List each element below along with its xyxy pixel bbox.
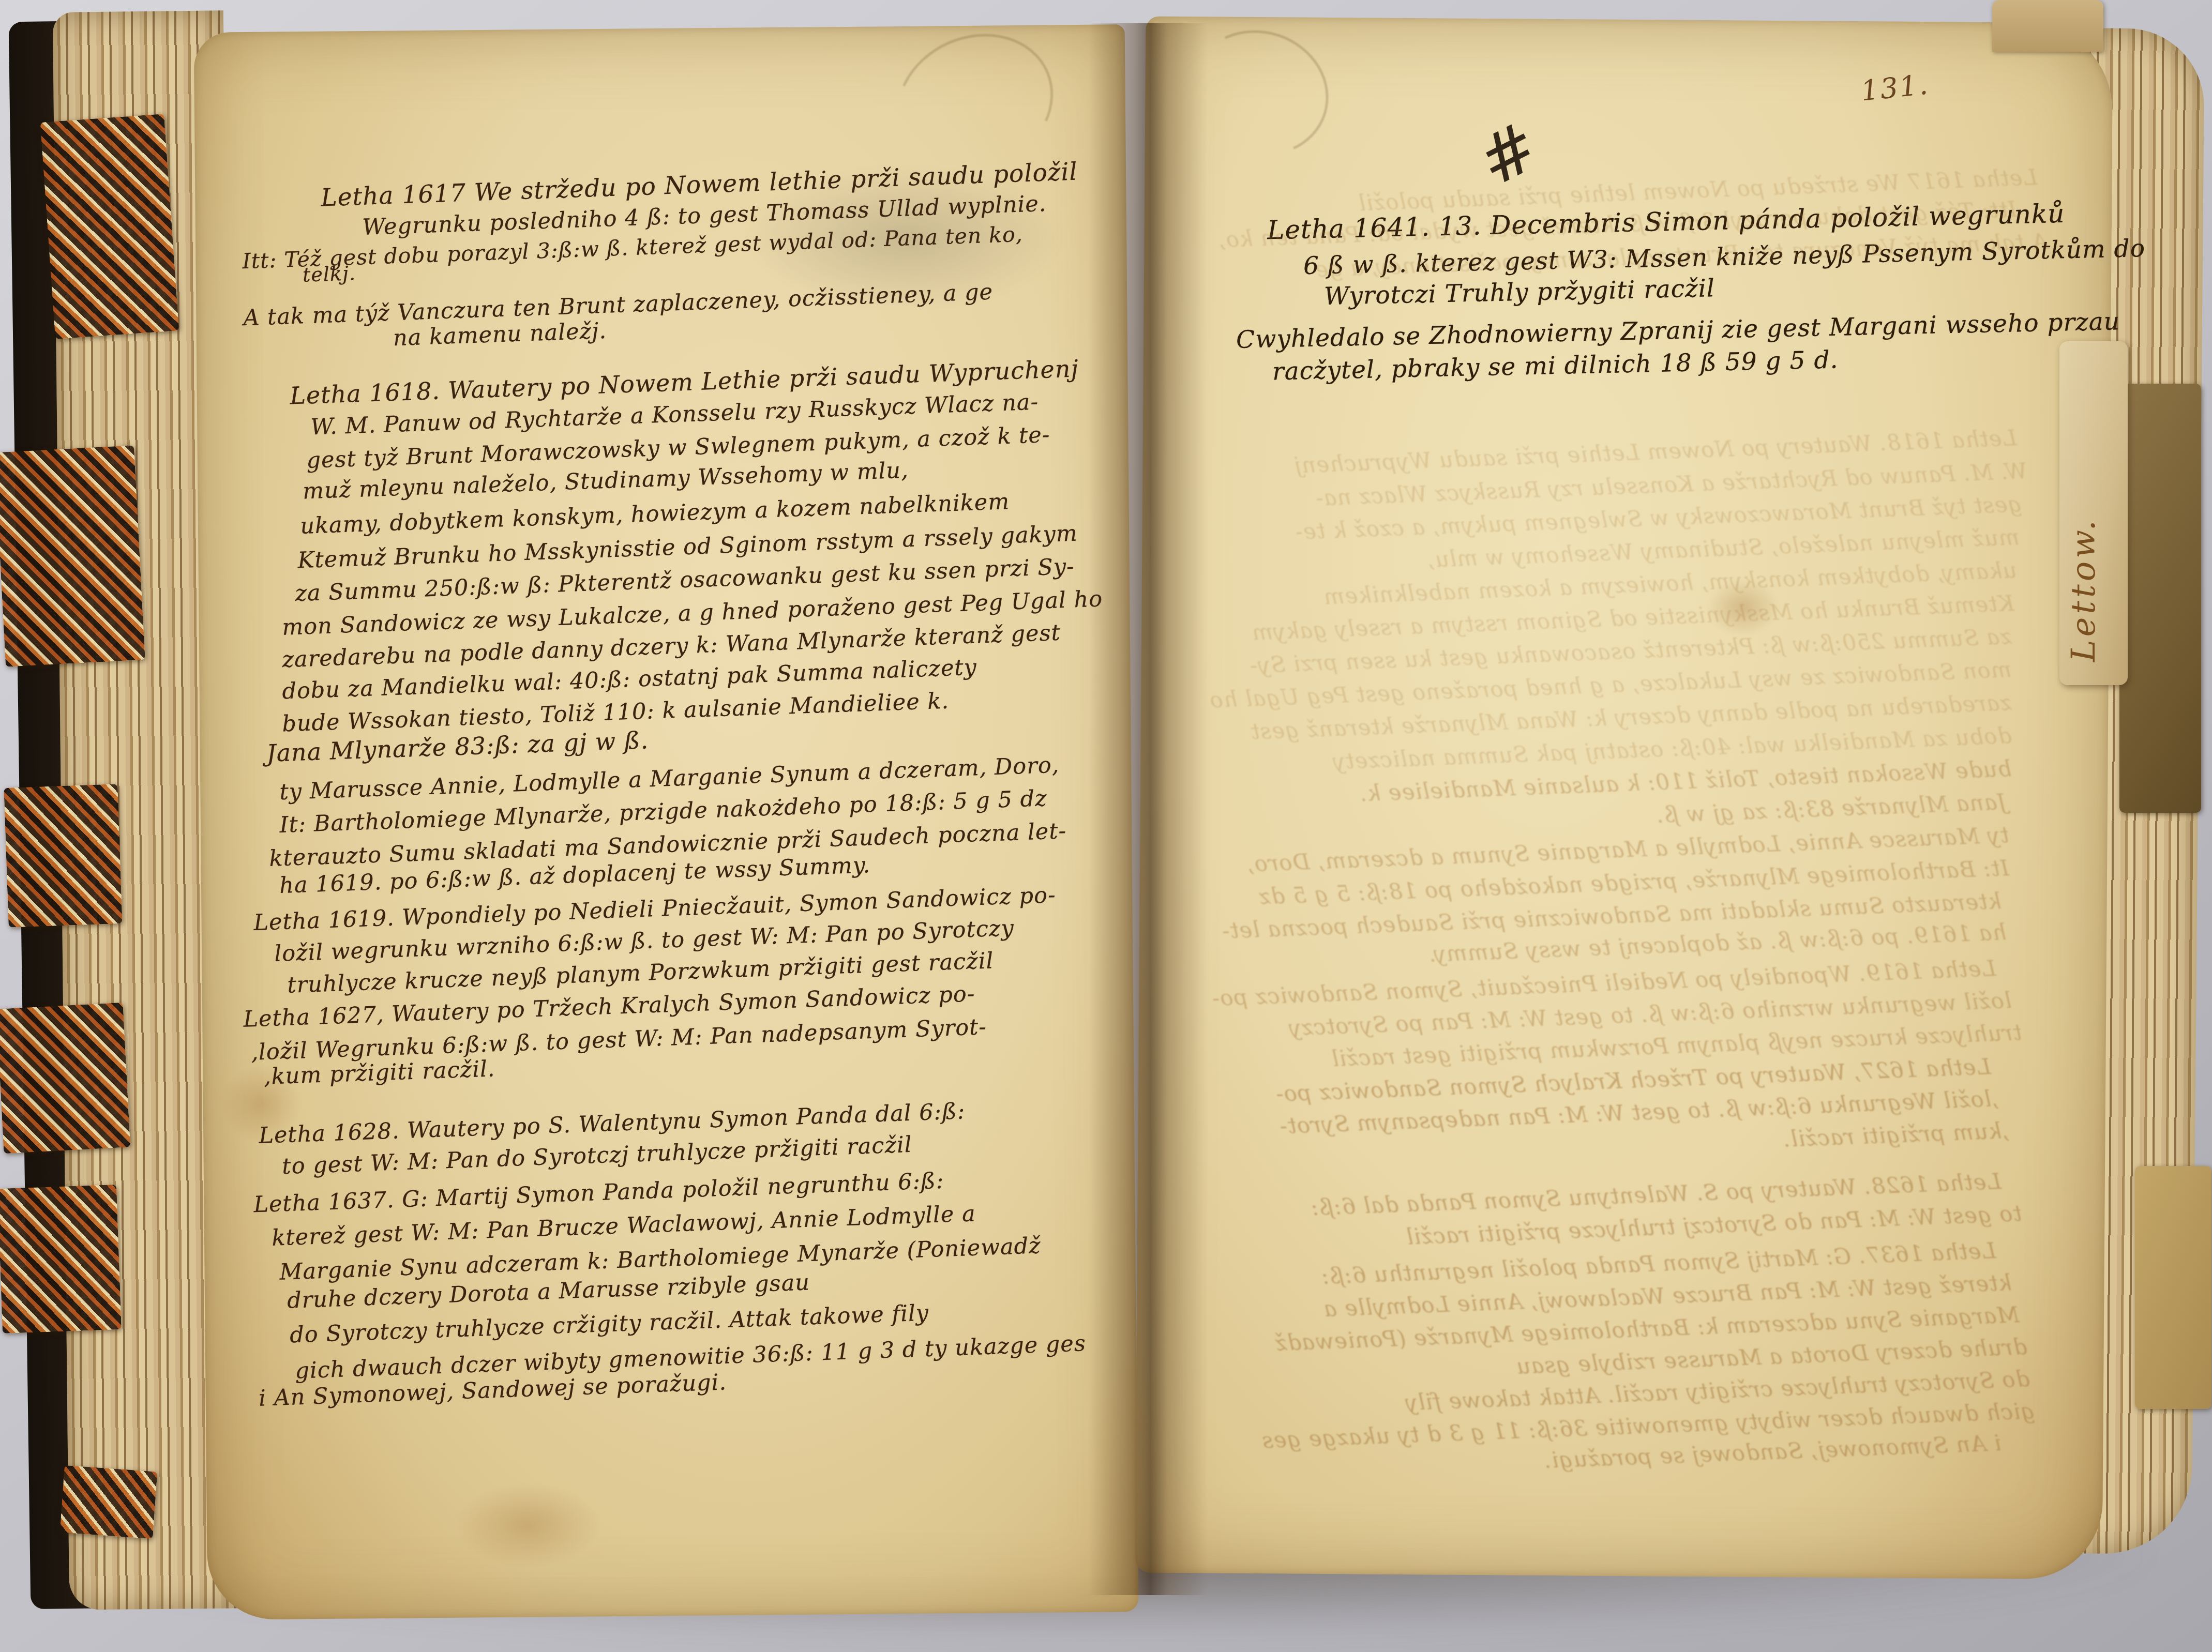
book-gutter (1089, 23, 1208, 1595)
dark-leather-tab (2119, 384, 2201, 813)
marbled-tab (0, 1185, 122, 1333)
marbled-tab (4, 784, 122, 928)
marbled-tab (40, 114, 179, 339)
marbled-tab (0, 1003, 130, 1154)
manuscript-line: telkj. (302, 262, 356, 286)
lettow-index-tab: Lettow. (2059, 341, 2128, 685)
lettow-tab-label: Lettow. (2065, 362, 2121, 662)
top-paper-tab (1992, 0, 2103, 52)
marbled-tab (0, 445, 145, 667)
lower-paper-tab (2135, 1166, 2211, 1409)
manuscript-photo: Lettow. 131. # Letha 1617 We stržedu po … (0, 0, 2212, 1652)
marbled-tab (60, 1465, 158, 1539)
